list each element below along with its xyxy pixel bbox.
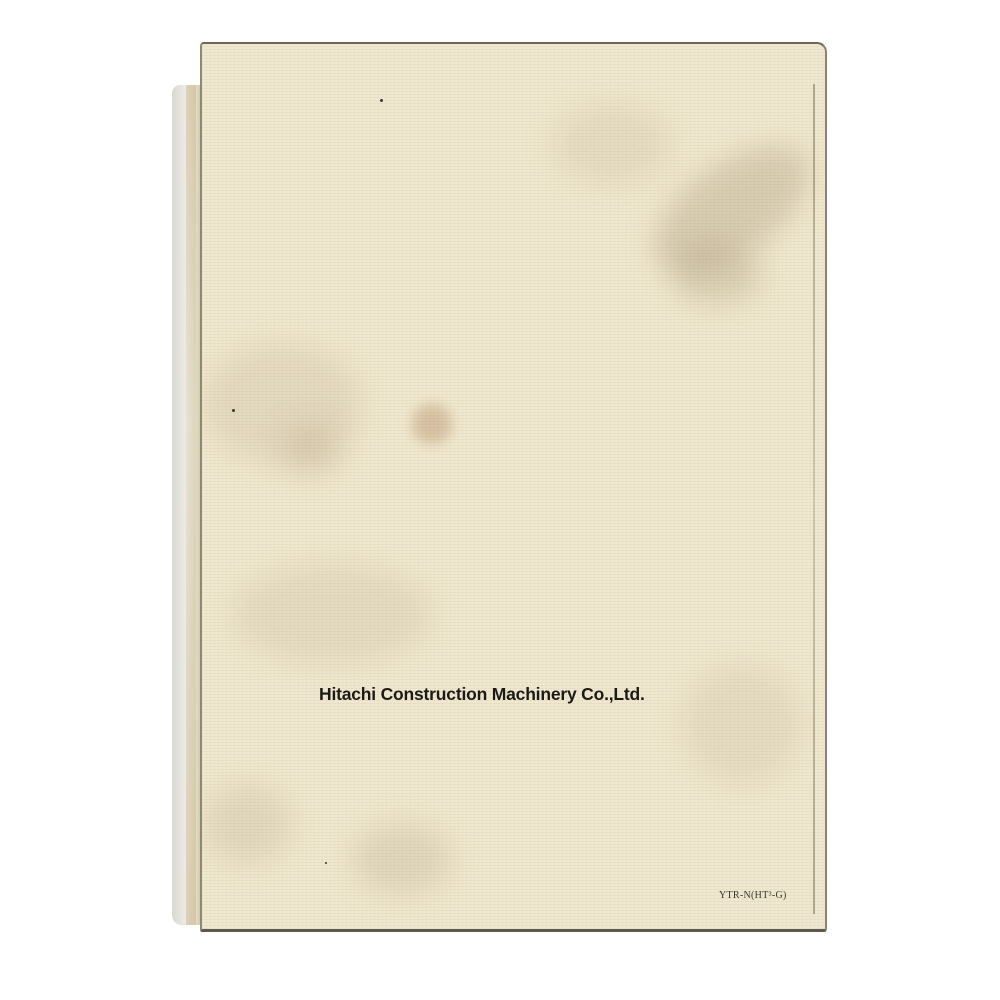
- stain: [412, 404, 452, 444]
- stain: [682, 664, 802, 784]
- stain: [202, 344, 362, 464]
- cover-hinge-line: [813, 84, 815, 914]
- speck: [325, 862, 327, 864]
- speck: [380, 99, 383, 102]
- stain: [552, 104, 672, 184]
- catalog-code: YTR-N(HT³-G): [719, 890, 787, 901]
- stain: [672, 244, 762, 304]
- publisher-name: Hitachi Construction Machinery Co.,Ltd.: [319, 684, 719, 705]
- speck: [232, 409, 235, 412]
- book-back-cover: Hitachi Construction Machinery Co.,Ltd. …: [200, 42, 827, 932]
- stain: [202, 784, 292, 864]
- stain: [352, 824, 452, 894]
- stain: [232, 564, 432, 664]
- photo-scene: Hitachi Construction Machinery Co.,Ltd. …: [0, 0, 1000, 1000]
